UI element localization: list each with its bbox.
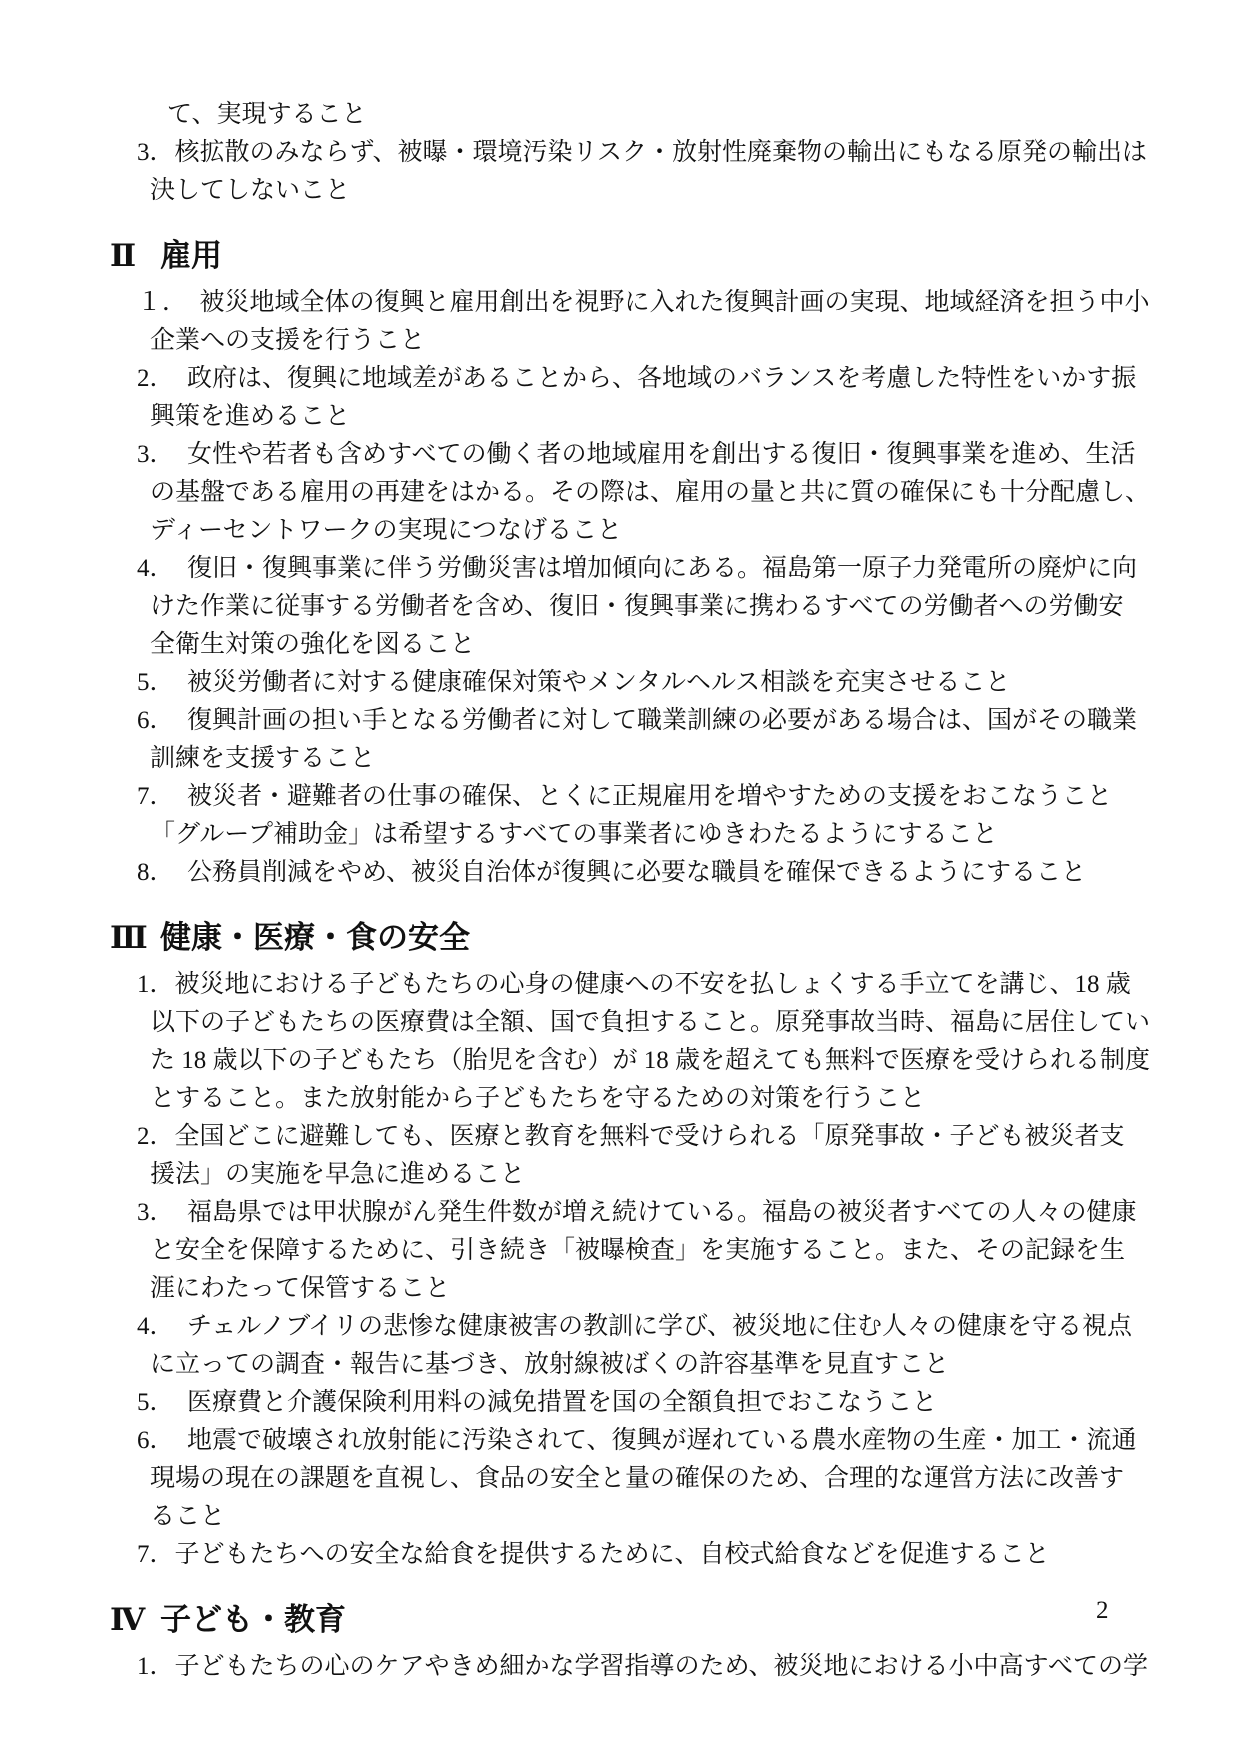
section-Ⅱ-item-continuation: 全衛生対策の強化を図ること — [0, 626, 1240, 664]
section-Ⅱ-item-number: 6． — [137, 707, 187, 734]
section-Ⅱ-item-line: １． 被災地域全体の復興と雇用創出を視野に入れた復興計画の実現、地域経済を担う中… — [0, 284, 1240, 322]
section-Ⅱ-item-line: 5． 被災労働者に対する健康確保対策やメンタルヘルス相談を充実させること — [0, 664, 1240, 702]
section-Ⅱ-item-line: 6． 復興計画の担い手となる労働者に対して職業訓練の必要がある場合は、国がその職… — [0, 702, 1240, 740]
section-Ⅱ-item-text: 政府は、復興に地域差があることから、各地域のバランスを考慮した特性をいかす振 — [187, 365, 1136, 392]
section-Ⅲ-item-text: 全国どこに避難しても、医療と教育を無料で受けられる「原発事故・子ども被災者支 — [175, 1123, 1125, 1150]
section-Ⅲ-item-number: 3． — [137, 1199, 187, 1226]
section-Ⅲ-item-line: 4． チェルノブイリの悲惨な健康被害の教訓に学び、被災地に住む人々の健康を守る視… — [0, 1308, 1240, 1346]
section-Ⅲ-item-continuation: と安全を保障するために、引き続き「被曝検査」を実施すること。また、その記録を生 — [0, 1232, 1240, 1270]
section-Ⅱ-item-line: 4． 復旧・復興事業に伴う労働災害は増加傾向にある。福島第一原子力発電所の廃炉に… — [0, 550, 1240, 588]
section-Ⅲ-item-text: 子どもたちへの安全な給食を提供するために、自校式給食などを促進すること — [175, 1541, 1050, 1568]
section-Ⅱ-item-text: 被災者・避難者の仕事の確保、とくに正規雇用を増やすための支援をおこなうこと — [187, 783, 1112, 810]
document-content: て、実現すること3．核拡散のみならず、被曝・環境汚染リスク・放射性廃棄物の輸出に… — [0, 0, 1240, 1686]
section-Ⅱ-item-continuation: の基盤である雇用の再建をはかる。その際は、雇用の量と共に質の確保にも十分配慮し、 — [0, 474, 1240, 512]
section-Ⅲ-item-line: 3． 福島県では甲状腺がん発生件数が増え続けている。福島の被災者すべての人々の健… — [0, 1194, 1240, 1232]
section-Ⅱ-item-line: 7． 被災者・避難者の仕事の確保、とくに正規雇用を増やすための支援をおこなうこと — [0, 778, 1240, 816]
document-page: て、実現すること3．核拡散のみならず、被曝・環境汚染リスク・放射性廃棄物の輸出に… — [0, 0, 1240, 1754]
section-Ⅱ-item-number: 4． — [137, 555, 187, 582]
section-Ⅲ-item-continuation: 現場の現在の課題を直視し、食品の安全と量の確保のため、合理的な運営方法に改善す — [0, 1460, 1240, 1498]
section-Ⅱ-item-number: 3． — [137, 441, 187, 468]
section-Ⅲ-item-line: 2．全国どこに避難しても、医療と教育を無料で受けられる「原発事故・子ども被災者支 — [0, 1118, 1240, 1156]
section-Ⅲ-item-line: 1．被災地における子どもたちの心身の健康への不安を払しょくする手立てを講じ、18… — [0, 966, 1240, 1004]
section-Ⅱ-item-number: １． — [137, 289, 200, 316]
section-Ⅱ-item-line: 8． 公務員削減をやめ、被災自治体が復興に必要な職員を確保できるようにすること — [0, 854, 1240, 892]
section-Ⅱ-item-text: 公務員削減をやめ、被災自治体が復興に必要な職員を確保できるようにすること — [187, 859, 1086, 886]
section-Ⅳ-item-number: 1． — [137, 1653, 175, 1680]
section-Ⅲ-item-number: 6． — [137, 1427, 187, 1454]
section-Ⅱ-item-continuation: 興策を進めること — [0, 398, 1240, 436]
section-title: 健康・医療・食の安全 — [160, 920, 470, 955]
section-Ⅲ-item-line: 7．子どもたちへの安全な給食を提供するために、自校式給食などを促進すること — [0, 1536, 1240, 1574]
section-Ⅱ-item-continuation: けた作業に従事する労働者を含め、復旧・復興事業に携わるすべての労働者への労働安 — [0, 588, 1240, 626]
section-Ⅱ-item-number: 5． — [137, 669, 187, 696]
section-Ⅲ-item-continuation: 援法」の実施を早急に進めること — [0, 1156, 1240, 1194]
section-Ⅳ-item-text: 子どもたちの心のケアやきめ細かな学習指導のため、被災地における小中高すべての学 — [175, 1653, 1149, 1680]
section-Ⅱ-item-line: 3． 女性や若者も含めすべての働く者の地域雇用を創出する復旧・復興事業を進め、生… — [0, 436, 1240, 474]
section-Ⅳ-item-line: 1．子どもたちの心のケアやきめ細かな学習指導のため、被災地における小中高すべての… — [0, 1648, 1240, 1686]
section-Ⅲ-item-continuation: に立っての調査・報告に基づき、放射線被ばくの許容基準を見直すこと — [0, 1346, 1240, 1384]
intro-item-continuation: 決してしないこと — [0, 172, 1240, 210]
section-Ⅱ-item-text: 復興計画の担い手となる労働者に対して職業訓練の必要がある場合は、国がその職業 — [187, 707, 1137, 734]
section-title: 雇用 — [160, 238, 222, 273]
section-numeral: Ⅱ — [110, 236, 160, 276]
section-Ⅲ-item-continuation: た 18 歳以下の子どもたち（胎児を含む）が 18 歳を超えても無料で医療を受け… — [0, 1042, 1240, 1080]
intro-item-text: 核拡散のみならず、被曝・環境汚染リスク・放射性廃棄物の輸出にもなる原発の輸出は — [175, 139, 1148, 166]
section-Ⅲ-item-text: チェルノブイリの悲惨な健康被害の教訓に学び、被災地に住む人々の健康を守る視点 — [187, 1313, 1132, 1340]
section-Ⅱ-item-number: 2． — [137, 365, 187, 392]
section-numeral: Ⅲ — [110, 918, 160, 958]
intro-item-number: 3． — [137, 139, 175, 166]
section-Ⅱ-item-continuation: 訓練を支援すること — [0, 740, 1240, 778]
section-numeral: Ⅳ — [110, 1600, 160, 1640]
section-Ⅱ-item-text: 女性や若者も含めすべての働く者の地域雇用を創出する復旧・復興事業を進め、生活 — [187, 441, 1136, 468]
section-Ⅱ-item-number: 8． — [137, 859, 187, 886]
section-Ⅲ-item-number: 7． — [137, 1541, 175, 1568]
section-Ⅱ-item-line: 2． 政府は、復興に地域差があることから、各地域のバランスを考慮した特性をいかす… — [0, 360, 1240, 398]
section-Ⅱ-item-continuation: 企業への支援を行うこと — [0, 322, 1240, 360]
section-Ⅱ-item-continuation: ディーセントワークの実現につなげること — [0, 512, 1240, 550]
section-Ⅲ-item-text: 地震で破壊され放射能に汚染されて、復興が遅れている農水産物の生産・加工・流通 — [187, 1427, 1137, 1454]
section-Ⅲ-item-line: 6． 地震で破壊され放射能に汚染されて、復興が遅れている農水産物の生産・加工・流… — [0, 1422, 1240, 1460]
section-Ⅲ-item-continuation: とすること。また放射能から子どもたちを守るための対策を行うこと — [0, 1080, 1240, 1118]
section-Ⅲ-item-text: 福島県では甲状腺がん発生件数が増え続けている。福島の被災者すべての人々の健康 — [187, 1199, 1137, 1226]
section-Ⅲ-item-continuation: 以下の子どもたちの医療費は全額、国で負担すること。原発事故当時、福島に居住してい — [0, 1004, 1240, 1042]
section-header-Ⅲ: Ⅲ健康・医療・食の安全 — [0, 918, 1240, 958]
section-Ⅲ-item-continuation: 涯にわたって保管すること — [0, 1270, 1240, 1308]
section-header-Ⅱ: Ⅱ雇用 — [0, 236, 1240, 276]
section-Ⅲ-item-number: 4． — [137, 1313, 187, 1340]
section-Ⅲ-item-line: 5． 医療費と介護保険利用料の減免措置を国の全額負担でおこなうこと — [0, 1384, 1240, 1422]
section-Ⅱ-item-number: 7． — [137, 783, 187, 810]
section-header-Ⅳ: Ⅳ子ども・教育 — [0, 1600, 1240, 1640]
section-Ⅱ-item-text: 被災労働者に対する健康確保対策やメンタルヘルス相談を充実させること — [187, 669, 1010, 696]
section-Ⅲ-item-text: 医療費と介護保険利用料の減免措置を国の全額負担でおこなうこと — [187, 1389, 937, 1416]
section-Ⅱ-item-text: 復旧・復興事業に伴う労働災害は増加傾向にある。福島第一原子力発電所の廃炉に向 — [187, 555, 1137, 582]
section-Ⅱ-item-text: 被災地域全体の復興と雇用創出を視野に入れた復興計画の実現、地域経済を担う中小 — [200, 289, 1150, 316]
intro-item-line: 3．核拡散のみならず、被曝・環境汚染リスク・放射性廃棄物の輸出にもなる原発の輸出… — [0, 134, 1240, 172]
section-Ⅲ-item-continuation: ること — [0, 1498, 1240, 1536]
carryover-line: て、実現すること — [0, 96, 1240, 134]
page-number: 2 — [1096, 1594, 1109, 1628]
section-Ⅱ-item-continuation: 「グループ補助金」は希望するすべての事業者にゆきわたるようにすること — [0, 816, 1240, 854]
section-Ⅲ-item-number: 5． — [137, 1389, 187, 1416]
section-Ⅲ-item-number: 1． — [137, 971, 175, 998]
section-Ⅲ-item-number: 2． — [137, 1123, 175, 1150]
section-Ⅲ-item-text: 被災地における子どもたちの心身の健康への不安を払しょくする手立てを講じ、18 歳 — [175, 971, 1131, 998]
section-title: 子ども・教育 — [160, 1602, 346, 1637]
